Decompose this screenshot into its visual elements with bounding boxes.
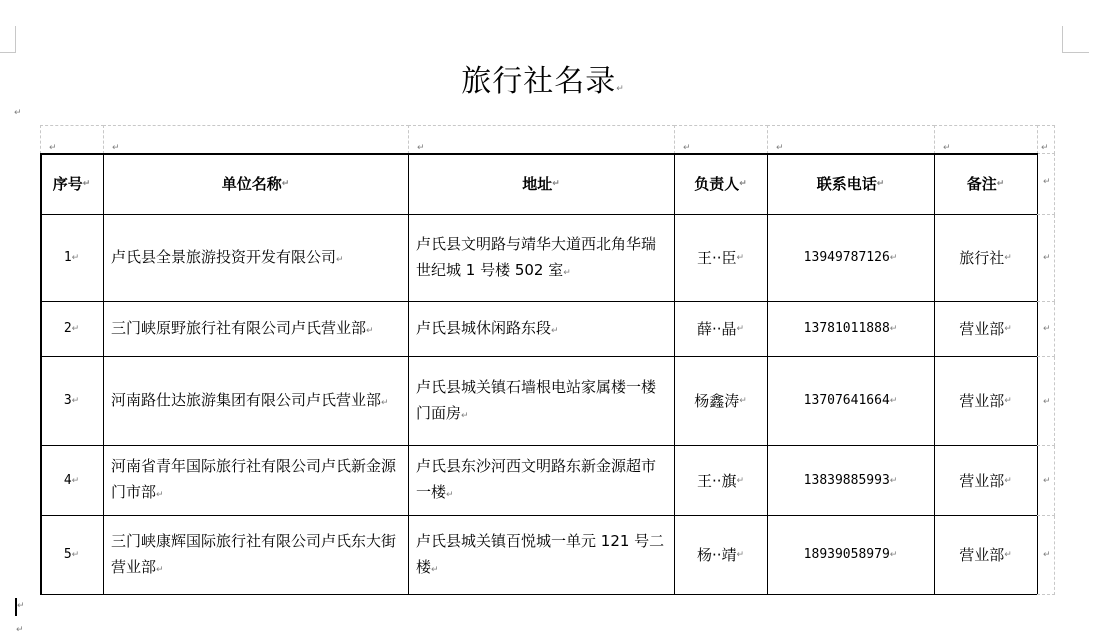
cell-no[interactable]: 3↵ <box>40 357 104 446</box>
paragraph-mark-icon: ↵ <box>381 398 389 408</box>
paragraph-mark-icon: ↵ <box>563 268 571 278</box>
empty-cell[interactable]: ↵ <box>103 125 409 154</box>
cell-name[interactable]: 三门峡原野旅行社有限公司卢氏营业部↵ <box>103 302 409 357</box>
cell-address[interactable]: 卢氏县文明路与靖华大道西北角华瑞世纪城 1 号楼 502 室↵ <box>408 215 675 302</box>
cell-text: 2 <box>64 316 72 342</box>
paragraph-mark-icon: ↵ <box>72 468 80 494</box>
paragraph-mark-icon: ↵ <box>1043 476 1051 486</box>
cell-text: 河南路仕达旅游集团有限公司卢氏营业部 <box>111 391 381 409</box>
header-label: 单位名称 <box>222 171 282 197</box>
header-label: 序号 <box>53 171 83 197</box>
cell-text: 卢氏县城关镇石墙根电站家属楼一楼门面房 <box>416 378 656 422</box>
cell-note[interactable]: 旅行社↵ <box>934 215 1038 302</box>
cell-text: 卢氏县文明路与靖华大道西北角华瑞世纪城 1 号楼 502 室 <box>416 235 656 279</box>
header-cell-person[interactable]: 负责人↵ <box>674 153 768 215</box>
row-end-cell: ↵ <box>1037 516 1055 595</box>
cell-note[interactable]: 营业部↵ <box>934 516 1038 595</box>
cell-person[interactable]: 杨鑫涛↵ <box>674 357 768 446</box>
paragraph-mark-icon: ↵ <box>1043 550 1051 560</box>
cell-no[interactable]: 1↵ <box>40 215 104 302</box>
cell-name[interactable]: 河南省青年国际旅行社有限公司卢氏新金源门市部↵ <box>103 446 409 516</box>
paragraph-mark-icon: ↵ <box>1043 253 1051 263</box>
paragraph-mark-icon: ↵ <box>1004 468 1012 494</box>
cell-phone[interactable]: 13707641664↵ <box>767 357 935 446</box>
cell-text: 卢氏县全景旅游投资开发有限公司 <box>111 248 336 266</box>
header-label: 地址 <box>522 171 552 197</box>
cell-text: 三门峡原野旅行社有限公司卢氏营业部 <box>111 319 366 337</box>
header-cell-note[interactable]: 备注↵ <box>934 153 1038 215</box>
paragraph-mark-icon: ↵ <box>1043 397 1051 407</box>
row-end-cell: ↵ <box>1037 302 1055 357</box>
paragraph-mark-icon: ↵ <box>72 245 80 271</box>
paragraph-mark-icon: ↵ <box>1004 542 1012 568</box>
cell-text: 卢氏县城关镇百悦城一单元 121 号二楼 <box>416 532 664 576</box>
cell-text: 13707641664 <box>804 388 890 414</box>
cell-text: 王··旗 <box>697 468 737 494</box>
cell-text: 13781011888 <box>804 316 890 342</box>
paragraph-mark-icon: ↵ <box>1043 177 1051 187</box>
empty-cell[interactable]: ↵ <box>934 125 1038 154</box>
cell-no[interactable]: 5↵ <box>40 516 104 595</box>
cell-person[interactable]: 王··臣↵ <box>674 215 768 302</box>
cell-text: 河南省青年国际旅行社有限公司卢氏新金源门市部 <box>111 457 396 501</box>
cell-text: 杨··靖 <box>697 542 737 568</box>
paragraph-mark-icon: ↵ <box>1043 324 1051 334</box>
paragraph-mark-icon: ↵ <box>156 490 164 500</box>
cell-text: 营业部 <box>959 388 1004 414</box>
paragraph-mark-icon: ↵ <box>739 388 747 414</box>
table-border-top <box>40 153 1037 155</box>
cell-address[interactable]: 卢氏县城关镇石墙根电站家属楼一楼门面房↵ <box>408 357 675 446</box>
cell-address[interactable]: 卢氏县东沙河西文明路东新金源超市一楼↵ <box>408 446 675 516</box>
paragraph-mark-icon: ↵ <box>1004 245 1012 271</box>
cell-name[interactable]: 三门峡康辉国际旅行社有限公司卢氏东大街营业部↵ <box>103 516 409 595</box>
paragraph-mark-icon: ↵ <box>890 468 898 494</box>
paragraph-mark-icon: ↵ <box>72 388 80 414</box>
cell-text: 13839885993 <box>804 468 890 494</box>
cell-no[interactable]: 2↵ <box>40 302 104 357</box>
paragraph-mark-icon: ↵ <box>14 108 22 118</box>
cell-text: 营业部 <box>959 316 1004 342</box>
paragraph-mark-icon: ↵ <box>336 255 344 265</box>
paragraph-mark-icon: ↵ <box>551 326 559 336</box>
paragraph-mark-icon: ↵ <box>890 316 898 342</box>
paragraph-mark-icon: ↵ <box>737 316 745 342</box>
cell-name[interactable]: 河南路仕达旅游集团有限公司卢氏营业部↵ <box>103 357 409 446</box>
paragraph-mark-icon: ↵ <box>997 171 1005 197</box>
cell-person[interactable]: 王··旗↵ <box>674 446 768 516</box>
cell-text: 王··臣 <box>697 245 737 271</box>
cell-text: 3 <box>64 388 72 414</box>
document-title[interactable]: 旅行社名录↵ <box>0 56 1085 100</box>
cell-note[interactable]: 营业部↵ <box>934 446 1038 516</box>
cell-address[interactable]: 卢氏县城关镇百悦城一单元 121 号二楼↵ <box>408 516 675 595</box>
header-cell-phone[interactable]: 联系电话↵ <box>767 153 935 215</box>
cell-text: 三门峡康辉国际旅行社有限公司卢氏东大街营业部 <box>111 532 396 576</box>
paragraph-mark-icon: ↵ <box>890 542 898 568</box>
cell-phone[interactable]: 13949787126↵ <box>767 215 935 302</box>
paragraph-mark-icon: ↵ <box>156 565 164 575</box>
paragraph-mark-icon: ↵ <box>739 171 747 197</box>
paragraph-mark-icon: ↵ <box>366 326 374 336</box>
paragraph-mark-icon: ↵ <box>737 245 745 271</box>
header-label: 联系电话 <box>817 171 877 197</box>
cell-phone[interactable]: 13781011888↵ <box>767 302 935 357</box>
paragraph-mark-icon: ↵ <box>72 316 80 342</box>
cell-text: 旅行社 <box>959 245 1004 271</box>
cell-text: 薛··晶 <box>697 316 737 342</box>
cell-text: 13949787126 <box>804 245 890 271</box>
header-label: 备注 <box>967 171 997 197</box>
paragraph-mark-icon: ↵ <box>737 468 745 494</box>
empty-cell[interactable]: ↵ <box>408 125 675 154</box>
paragraph-mark-icon: ↵ <box>877 171 885 197</box>
paragraph-mark-icon: ↵ <box>616 84 624 94</box>
cell-text: 杨鑫涛 <box>694 388 739 414</box>
paragraph-mark-icon: ↵ <box>16 625 24 635</box>
paragraph-mark-icon: ↵ <box>890 245 898 271</box>
paragraph-mark-icon: ↵ <box>17 601 25 611</box>
cell-no[interactable]: 4↵ <box>40 446 104 516</box>
cell-text: 卢氏县城休闲路东段 <box>416 319 551 337</box>
cell-text: 1 <box>64 245 72 271</box>
header-cell-name[interactable]: 单位名称↵ <box>103 153 409 215</box>
paragraph-mark-icon: ↵ <box>431 565 439 575</box>
empty-cell[interactable]: ↵ <box>674 125 768 154</box>
cell-text: 营业部 <box>959 468 1004 494</box>
paragraph-mark-icon: ↵ <box>72 542 80 568</box>
empty-cell[interactable]: ↵ <box>40 125 104 154</box>
cell-note[interactable]: 营业部↵ <box>934 357 1038 446</box>
row-end-cell: ↵ <box>1037 446 1055 516</box>
paragraph-mark-icon: ↵ <box>446 490 454 500</box>
cell-address[interactable]: 卢氏县城休闲路东段↵ <box>408 302 675 357</box>
paragraph-mark-icon: ↵ <box>1004 316 1012 342</box>
paragraph-mark-icon: ↵ <box>461 411 469 421</box>
row-end-cell: ↵ <box>1037 153 1055 215</box>
page-corner-mark-top-left <box>0 26 16 53</box>
cell-text: 5 <box>64 542 72 568</box>
header-cell-address[interactable]: 地址↵ <box>408 153 675 215</box>
paragraph-mark-icon: ↵ <box>890 388 898 414</box>
cell-phone[interactable]: 13839885993↵ <box>767 446 935 516</box>
table-border-left <box>40 153 42 595</box>
cell-text: 18939058979 <box>804 542 890 568</box>
cell-text: 营业部 <box>959 542 1004 568</box>
paragraph-mark-icon: ↵ <box>552 171 560 197</box>
title-text: 旅行社名录 <box>461 64 616 99</box>
cell-note[interactable]: 营业部↵ <box>934 302 1038 357</box>
cell-text: 4 <box>64 468 72 494</box>
cell-person[interactable]: 薛··晶↵ <box>674 302 768 357</box>
page-corner-mark-top-right <box>1062 26 1089 53</box>
cell-person[interactable]: 杨··靖↵ <box>674 516 768 595</box>
paragraph-mark-icon: ↵ <box>83 171 91 197</box>
empty-cell[interactable]: ↵ <box>767 125 935 154</box>
header-label: 负责人 <box>694 171 739 197</box>
cell-name[interactable]: 卢氏县全景旅游投资开发有限公司↵ <box>103 215 409 302</box>
paragraph-mark-icon: ↵ <box>737 542 745 568</box>
empty-cell[interactable]: ↵ <box>1037 125 1055 154</box>
row-end-cell: ↵ <box>1037 215 1055 302</box>
header-cell-no[interactable]: 序号↵ <box>40 153 104 215</box>
row-end-cell: ↵ <box>1037 357 1055 446</box>
paragraph-mark-icon: ↵ <box>1004 388 1012 414</box>
cell-phone[interactable]: 18939058979↵ <box>767 516 935 595</box>
paragraph-mark-icon: ↵ <box>282 171 290 197</box>
